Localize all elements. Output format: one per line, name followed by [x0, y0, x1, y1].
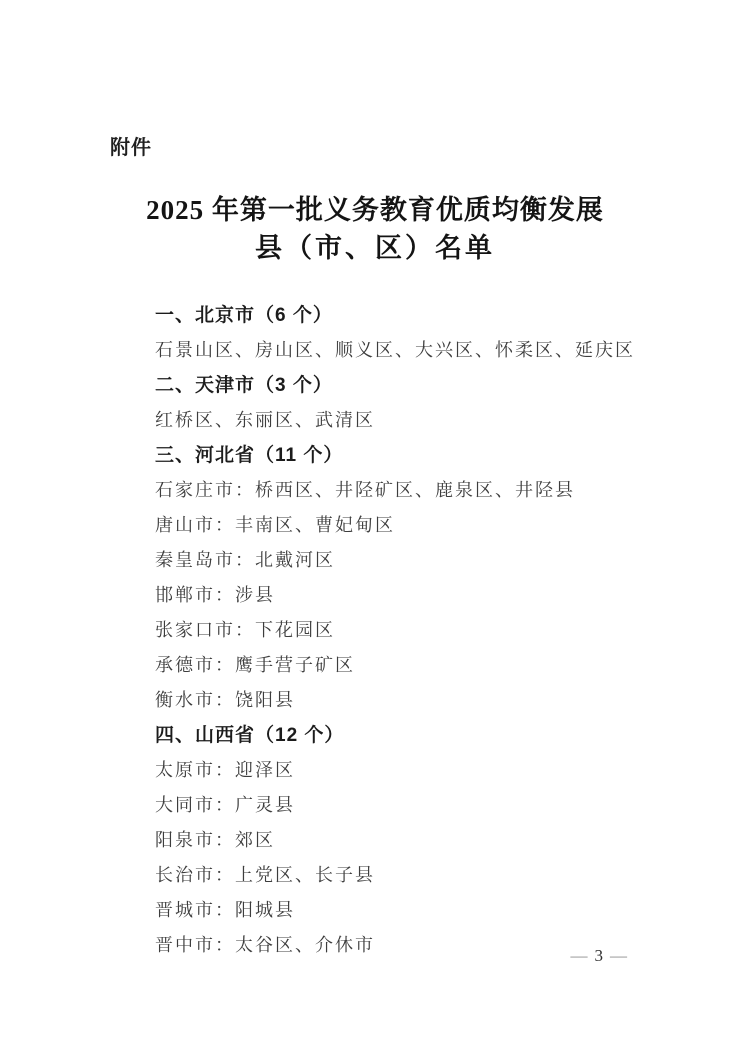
region-line: 红桥区、东丽区、武清区: [155, 401, 690, 436]
region-line: 长治市：上党区、长子县: [155, 856, 690, 891]
title-line-1: 2025 年第一批义务教育优质均衡发展: [0, 191, 750, 229]
page-number-value: 3: [595, 946, 604, 966]
section-heading-tianjin: 二、天津市（3 个）: [155, 366, 690, 401]
page-number-dash-right: —: [610, 946, 627, 966]
region-line: 太原市：迎泽区: [155, 751, 690, 786]
region-line: 唐山市：丰南区、曹妃甸区: [155, 506, 690, 541]
document-page: 附件 2025 年第一批义务教育优质均衡发展 县（市、区）名单 一、北京市（6 …: [0, 0, 750, 1061]
region-line: 晋城市：阳城县: [155, 891, 690, 926]
region-line: 邯郸市：涉县: [155, 576, 690, 611]
region-line: 阳泉市：郊区: [155, 821, 690, 856]
region-line: 秦皇岛市：北戴河区: [155, 541, 690, 576]
document-title: 2025 年第一批义务教育优质均衡发展 县（市、区）名单: [0, 191, 750, 267]
section-heading-hebei: 三、河北省（11 个）: [155, 436, 690, 471]
section-heading-shanxi: 四、山西省（12 个）: [155, 716, 690, 751]
region-list: 一、北京市（6 个） 石景山区、房山区、顺义区、大兴区、怀柔区、延庆区 二、天津…: [155, 296, 690, 961]
region-line: 石景山区、房山区、顺义区、大兴区、怀柔区、延庆区: [155, 331, 690, 366]
region-line: 大同市：广灵县: [155, 786, 690, 821]
page-number: — 3 —: [564, 946, 635, 966]
region-line: 张家口市：下花园区: [155, 611, 690, 646]
region-line: 石家庄市：桥西区、井陉矿区、鹿泉区、井陉县: [155, 471, 690, 506]
title-line-2: 县（市、区）名单: [0, 229, 750, 267]
region-line: 承德市：鹰手营子矿区: [155, 646, 690, 681]
section-heading-beijing: 一、北京市（6 个）: [155, 296, 690, 331]
region-line: 衡水市：饶阳县: [155, 681, 690, 716]
attachment-label: 附件: [110, 131, 152, 160]
page-number-dash-left: —: [571, 946, 588, 966]
